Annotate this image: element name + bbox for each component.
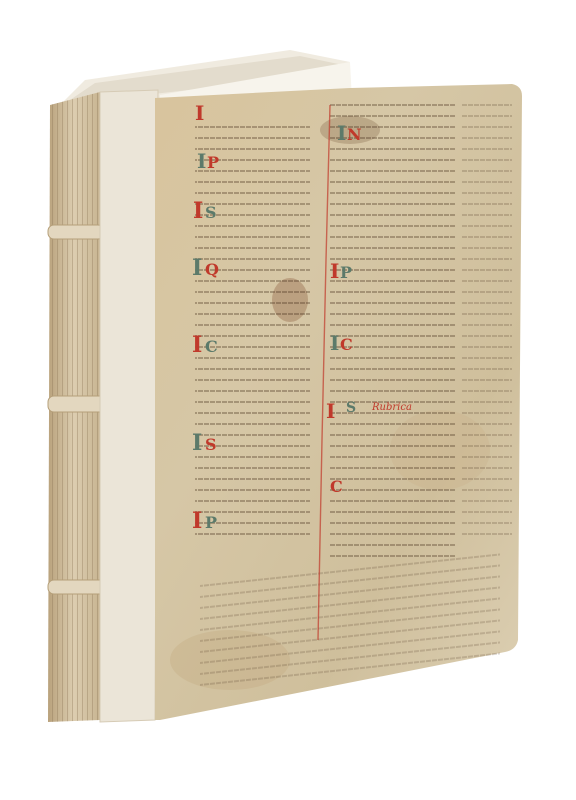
- spine-band: [48, 225, 104, 239]
- text-column-margin: [462, 100, 512, 540]
- svg-text:P: P: [207, 153, 219, 172]
- book-photograph: I I P I S I Q I C I S I P I N I P I C I …: [0, 0, 576, 800]
- parchment-cover: I I P I S I Q I C I S I P I N I P I C I …: [155, 84, 522, 720]
- svg-text:I: I: [192, 430, 202, 456]
- svg-text:P: P: [205, 513, 217, 532]
- svg-text:P: P: [340, 263, 352, 282]
- svg-text:I: I: [195, 101, 204, 125]
- svg-text:I: I: [330, 331, 339, 355]
- svg-text:I: I: [326, 399, 335, 423]
- text-column-right: [330, 100, 455, 560]
- svg-text:I: I: [330, 259, 339, 283]
- svg-text:C: C: [205, 337, 218, 356]
- spine-band: [48, 580, 106, 594]
- svg-text:S: S: [346, 400, 356, 416]
- svg-text:S: S: [205, 435, 217, 454]
- book-spine: [48, 92, 108, 722]
- svg-text:I: I: [192, 508, 202, 534]
- svg-text:I: I: [337, 121, 346, 145]
- svg-text:I: I: [197, 149, 206, 173]
- spine-band: [48, 396, 108, 412]
- svg-text:S: S: [205, 203, 217, 222]
- svg-text:I: I: [192, 255, 202, 281]
- svg-text:Q: Q: [205, 260, 219, 279]
- svg-text:I: I: [193, 198, 203, 224]
- svg-text:I: I: [192, 332, 202, 358]
- svg-text:C: C: [340, 335, 353, 354]
- svg-text:N: N: [347, 125, 362, 144]
- paper-strip: [100, 90, 158, 722]
- svg-text:C: C: [330, 477, 343, 496]
- text-column-left: [195, 118, 310, 538]
- rubric-text: Rubrica: [371, 402, 412, 413]
